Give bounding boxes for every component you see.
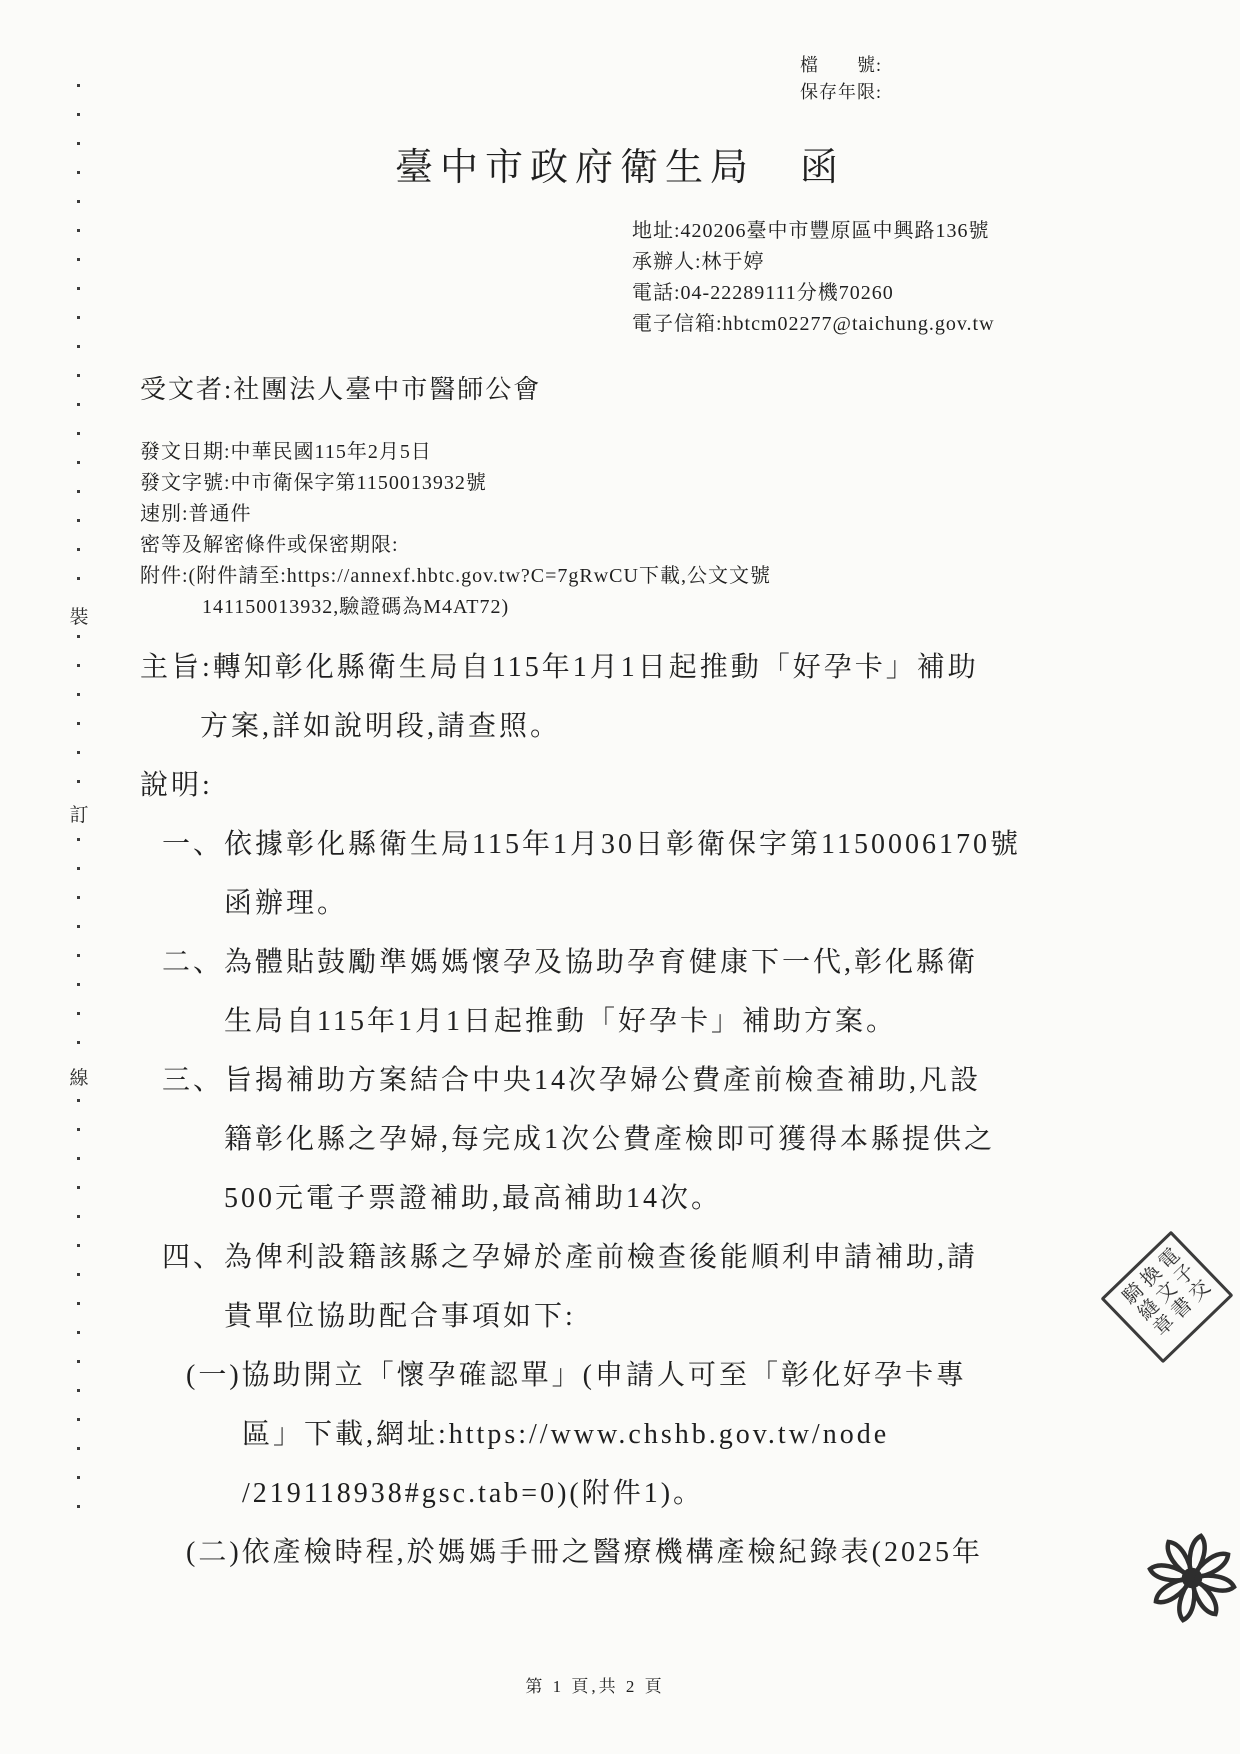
item-number: (一) — [186, 1360, 242, 1391]
retention-period-label: 保存年限: — [800, 79, 882, 106]
list-item: 一、依據彰化縣衛生局115年1月30日彰衛保字第1150006170號 — [162, 815, 1160, 874]
subject-label: 主旨: — [140, 652, 213, 683]
item-text: 貴單位協助配合事項如下: — [224, 1287, 1160, 1346]
security-line: 密等及解密條件或保密期限: — [140, 530, 771, 561]
item-text: 協助開立「懷孕確認單」(申請人可至「彰化好孕卡專 — [242, 1360, 967, 1391]
attachment-line-1: 附件:(附件請至:https://annexf.hbtc.gov.tw?C=7g… — [140, 561, 771, 592]
body-content: 主旨:轉知彰化縣衛生局自115年1月1日起推動「好孕卡」補助 方案,詳如說明段,… — [140, 638, 1160, 1582]
item-text: 旨揭補助方案結合中央14次孕婦公費產前檢查補助,凡設 — [224, 1065, 981, 1096]
item-number: 二、 — [162, 947, 224, 978]
file-number-block: 檔 號: 保存年限: — [800, 52, 882, 106]
item-number: 四、 — [162, 1242, 224, 1273]
subject-line: 方案,詳如說明段,請查照。 — [200, 697, 1160, 756]
item-text: 函辦理。 — [224, 874, 1160, 933]
agency-contact-person: 承辦人:林于婷 — [632, 247, 995, 278]
item-text: 為體貼鼓勵準媽媽懷孕及協助孕育健康下一代,彰化縣衛 — [224, 947, 978, 978]
document-title: 臺中市政府衛生局 函 — [0, 136, 1240, 191]
item-number: (二) — [186, 1537, 242, 1568]
item-text: 籍彰化縣之孕婦,每完成1次公費產檢即可獲得本縣提供之 — [224, 1110, 1160, 1169]
list-item: 四、為俾利設籍該縣之孕婦於產前檢查後能順利申請補助,請 — [162, 1228, 1160, 1287]
item-text: 500元電子票證補助,最高補助14次。 — [224, 1169, 1160, 1228]
item-number: 三、 — [162, 1065, 224, 1096]
binding-mark-xian: 線 — [66, 1058, 92, 1095]
flower-seal-icon — [1142, 1528, 1240, 1628]
doc-number-line: 發文字號:中市衛保字第1150013932號 — [140, 468, 771, 499]
subject-text: 轉知彰化縣衛生局自115年1月1日起推動「好孕卡」補助 — [213, 652, 979, 683]
issue-date-line: 發文日期:中華民國115年2月5日 — [140, 437, 771, 468]
sub-list-item: (二)依產檢時程,於媽媽手冊之醫療機構產檢紀錄表(2025年 — [186, 1523, 1160, 1582]
item-number: 一、 — [162, 829, 224, 860]
list-item: 三、旨揭補助方案結合中央14次孕婦公費產前檢查補助,凡設 — [162, 1051, 1160, 1110]
item-text: 為俾利設籍該縣之孕婦於產前檢查後能順利申請補助,請 — [224, 1242, 978, 1273]
item-text: 區」下載,網址:https://www.chshb.gov.tw/node — [242, 1405, 1160, 1464]
recipient-line: 受文者:社團法人臺中市醫師公會 — [140, 369, 541, 406]
item-text: 生局自115年1月1日起推動「好孕卡」補助方案。 — [224, 992, 1160, 1051]
agency-email: 電子信箱:hbtcm02277@taichung.gov.tw — [632, 309, 995, 340]
subject-line: 主旨:轉知彰化縣衛生局自115年1月1日起推動「好孕卡」補助 — [140, 638, 1160, 697]
binding-mark-ding: 訂 — [66, 795, 92, 832]
binding-mark-zhuang: 裝 — [66, 597, 92, 634]
document-page: 裝 訂 線 檔 號: 保存年限: 臺中市政府衛生局 函 地址:420206臺中市… — [0, 0, 1240, 1754]
meta-block: 發文日期:中華民國115年2月5日 發文字號:中市衛保字第1150013932號… — [140, 437, 771, 623]
attachment-line-2: 141150013932,驗證碼為M4AT72) — [202, 592, 771, 623]
sub-list-item: (一)協助開立「懷孕確認單」(申請人可至「彰化好孕卡專 — [186, 1346, 1160, 1405]
description-label: 說明: — [140, 756, 1160, 815]
agency-address: 地址:420206臺中市豐原區中興路136號 — [632, 216, 995, 247]
speed-line: 速別:普通件 — [140, 499, 771, 530]
item-text: /219118938#gsc.tab=0)(附件1)。 — [242, 1464, 1160, 1523]
file-number-label: 檔 號: — [800, 52, 882, 79]
item-text: 依據彰化縣衛生局115年1月30日彰衛保字第1150006170號 — [224, 829, 1021, 860]
agency-phone: 電話:04-22289111分機70260 — [632, 278, 995, 309]
list-item: 二、為體貼鼓勵準媽媽懷孕及協助孕育健康下一代,彰化縣衛 — [162, 933, 1160, 992]
page-footer: 第 1 頁,共 2 頁 — [0, 1672, 1215, 1697]
item-text: 依產檢時程,於媽媽手冊之醫療機構產檢紀錄表(2025年 — [242, 1537, 983, 1568]
agency-info-block: 地址:420206臺中市豐原區中興路136號 承辦人:林于婷 電話:04-222… — [632, 216, 995, 340]
